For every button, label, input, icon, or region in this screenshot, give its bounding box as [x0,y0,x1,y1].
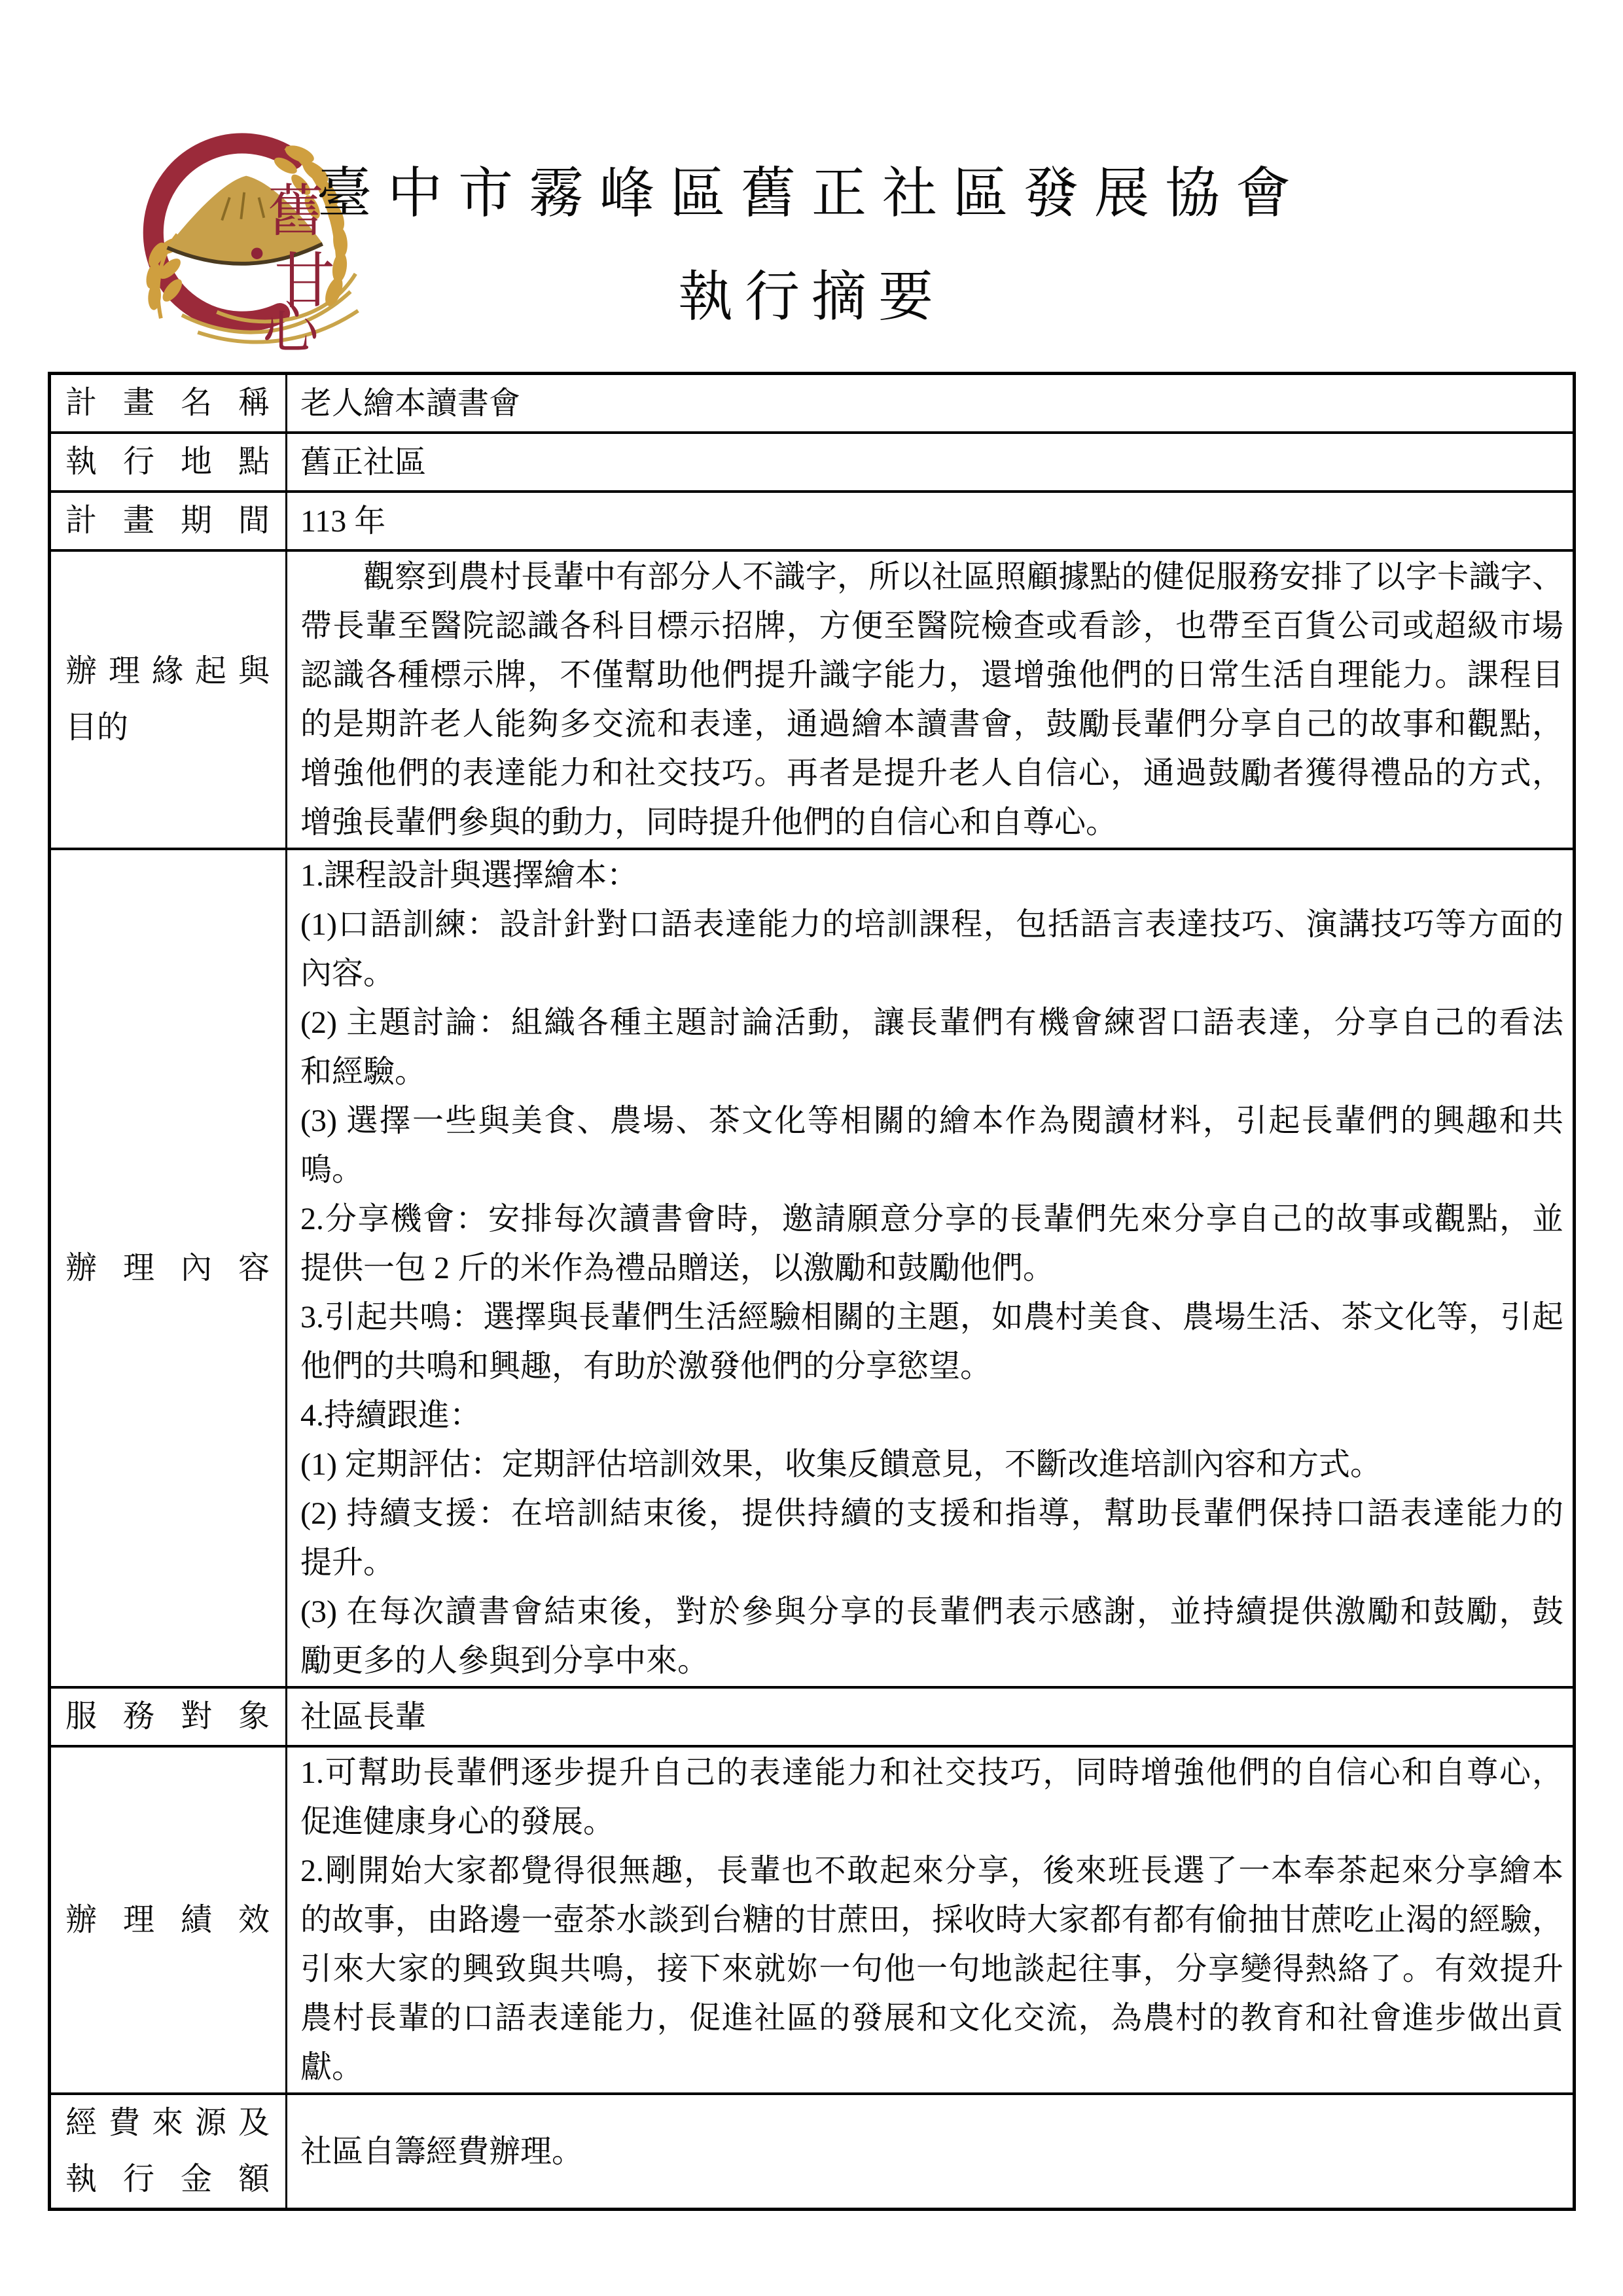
row-label-cell: 計畫期間 [50,492,287,550]
text-line: 他們的共鳴和興趣，有助於激發他們的分享慾望。 [300,1342,1563,1391]
text-line: 1.課程設計與選擇繪本： [300,851,1563,900]
row-label-cell: 計畫名稱 [50,374,287,433]
summary-table: 計畫名稱 老人繪本讀書會 執行地點 舊正社區 計畫期間 113 年 辦理緣起與目… [48,372,1576,2211]
text-line: 計畫名稱 [65,375,270,431]
text-line: 帶長輩至醫院認識各科目標示招牌，方便至醫院檢查或看診，也帶至百貨公司或超級市場 [300,601,1563,651]
text-line: 提供一包 2 斤的米作為禮品贈送，以激勵和鼓勵他們。 [300,1244,1563,1293]
text-line: 勵更多的人參與到分享中來。 [300,1636,1563,1685]
text-line: 社區自籌經費辦理。 [300,2127,1563,2176]
row-label-cell: 執行地點 [50,433,287,492]
text-line: 1.可幫助長輩們逐步提升自己的表達能力和社交技巧，同時增強他們的自信心和自尊心， [300,1748,1563,1797]
text-line: 促進健康身心的發展。 [300,1797,1563,1846]
page-title: 執行摘要 [0,253,1623,332]
table-row-funding: 經費來源及執行金額 社區自籌經費辦理。 [50,2094,1575,2210]
text-line: 的故事，由路邊一壺茶水談到台糖的甘蔗田，採收時大家都有都有偷抽甘蔗吃止渴的經驗， [300,1895,1563,1945]
row-content-cell: 觀察到農村長輩中有部分人不識字，所以社區照顧據點的健促服務安排了以字卡識字、帶長… [287,550,1575,849]
text-line: (3) 選擇一些與美食、農場、茶文化等相關的繪本作為閱讀材料，引起長輩們的興趣和… [300,1096,1563,1145]
text-line: (1) 定期評估：定期評估培訓效果，收集反饋意見，不斷改進培訓內容和方式。 [300,1440,1563,1489]
text-line: 獻。 [300,2043,1563,2092]
text-line: 認識各種標示牌，不僅幫助他們提升識字能力，還增強他們的日常生活自理能力。課程目 [300,651,1563,700]
text-line: 舊正社區 [300,438,1563,487]
text-line: 經費來源及 [65,2095,270,2151]
text-line: (1)口語訓練：設計針對口語表達能力的培訓課程，包括語言表達技巧、演講技巧等方面… [300,900,1563,949]
text-line: 內容。 [300,949,1563,998]
text-line: 提升。 [300,1538,1563,1587]
table-row-plan-name: 計畫名稱 老人繪本讀書會 [50,374,1575,433]
table-row-service-target: 服務對象 社區長輩 [50,1687,1575,1746]
row-label-cell: 辦理績效 [50,1746,287,2094]
text-line: 3.引起共鳴：選擇與長輩們生活經驗相關的主題，如農村美食、農場生活、茶文化等，引… [300,1293,1563,1342]
text-line: 4.持續跟進： [300,1391,1563,1440]
row-content-cell: 社區自籌經費辦理。 [287,2094,1575,2210]
text-line: 農村長輩的口語表達能力，促進社區的發展和文化交流，為農村的教育和社會進步做出貢 [300,1994,1563,2043]
row-content-cell: 1.課程設計與選擇繪本：(1)口語訓練：設計針對口語表達能力的培訓課程，包括語言… [287,849,1575,1687]
row-label-cell: 辦理緣起與目的 [50,550,287,849]
row-label-cell: 辦理內容 [50,849,287,1687]
text-line: 執行金額 [65,2151,270,2208]
text-line: 和經驗。 [300,1047,1563,1096]
text-line: 2.剛開始大家都覺得很無趣，長輩也不敢起來分享，後來班長選了一本奉茶起來分享繪本 [300,1846,1563,1895]
text-line: 服務對象 [65,1689,270,1745]
row-label-cell: 經費來源及執行金額 [50,2094,287,2210]
table-row-activities: 辦理內容 1.課程設計與選擇繪本：(1)口語訓練：設計針對口語表達能力的培訓課程… [50,849,1575,1687]
text-line: 辦理績效 [65,1892,270,1948]
text-line: 執行地點 [65,434,270,490]
table-row-period: 計畫期間 113 年 [50,492,1575,550]
text-line: 增強他們的表達能力和社交技巧。再者是提升老人自信心，通過鼓勵者獲得禮品的方式， [300,749,1563,798]
document-page: { "header": { "org_name": "臺中市霧峰區舊正社區發展協… [0,0,1623,2296]
text-line: (2) 持續支援：在培訓結束後，提供持續的支援和指導，幫助長輩們保持口語表達能力… [300,1489,1563,1538]
text-line: (3) 在每次讀書會結束後，對於參與分享的長輩們表示感謝，並持續提供激勵和鼓勵，… [300,1587,1563,1636]
text-line: 113 年 [300,497,1563,546]
text-line: (2) 主題討論：組織各種主題討論活動，讓長輩們有機會練習口語表達，分享自己的看… [300,998,1563,1047]
row-content-cell: 老人繪本讀書會 [287,374,1575,433]
text-line: 社區長輩 [300,1693,1563,1742]
text-line: 的是期許老人能夠多交流和表達，通過繪本讀書會，鼓勵長輩們分享自己的故事和觀點， [300,700,1563,749]
text-line: 辦理內容 [65,1240,270,1297]
text-line: 目的 [65,700,270,756]
text-line: 觀察到農村長輩中有部分人不識字，所以社區照顧據點的健促服務安排了以字卡識字、 [300,552,1563,601]
text-line: 計畫期間 [65,493,270,549]
text-line: 老人繪本讀書會 [300,379,1563,428]
row-content-cell: 1.可幫助長輩們逐步提升自己的表達能力和社交技巧，同時增強他們的自信心和自尊心，… [287,1746,1575,2094]
text-line: 增強長輩們參與的動力，同時提升他們的自信心和自尊心。 [300,798,1563,847]
text-line: 2.分享機會：安排每次讀書會時，邀請願意分享的長輩們先來分享自己的故事或觀點，並 [300,1194,1563,1244]
page-header: 舊 甘 心 臺中市霧峰區舊正社區發展協會 執行摘要 [0,0,1623,372]
text-line: 引來大家的興致與共鳴，接下來就妳一句他一句地談起往事，分享變得熱絡了。有效提升 [300,1945,1563,1994]
row-content-cell: 社區長輩 [287,1687,1575,1746]
table-row-location: 執行地點 舊正社區 [50,433,1575,492]
text-line: 鳴。 [300,1145,1563,1194]
table-row-performance: 辦理績效 1.可幫助長輩們逐步提升自己的表達能力和社交技巧，同時增強他們的自信心… [50,1746,1575,2094]
row-content-cell: 舊正社區 [287,433,1575,492]
text-line: 辦理緣起與 [65,643,270,700]
table-row-origin-purpose: 辦理緣起與目的 觀察到農村長輩中有部分人不識字，所以社區照顧據點的健促服務安排了… [50,550,1575,849]
row-content-cell: 113 年 [287,492,1575,550]
organization-title: 臺中市霧峰區舊正社區發展協會 [0,149,1623,228]
row-label-cell: 服務對象 [50,1687,287,1746]
